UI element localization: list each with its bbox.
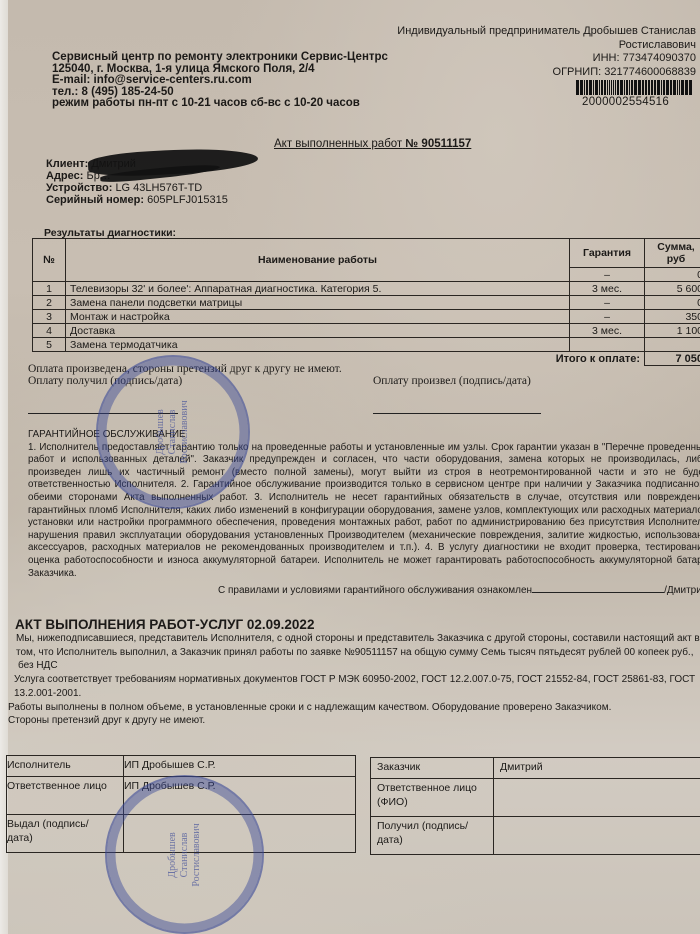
executor-label: Исполнитель <box>7 756 124 777</box>
cell-sum: 1 100 <box>645 324 700 338</box>
cell-work-name: Замена панели подсветки матрицы <box>66 296 570 310</box>
stamp-text: Дробышев Станислав Ростиславович <box>155 400 191 463</box>
table-row: 5Замена термодатчика <box>33 338 700 352</box>
executor-value: ИП Дробышев С.Р. <box>124 756 356 777</box>
customer-signature-table: ЗаказчикДмитрий Ответственное лицо (ФИО)… <box>370 757 700 855</box>
cell-work-name: Телевизоры 32' и более': Аппаратная диаг… <box>66 282 570 296</box>
company-name: Сервисный центр по ремонту электроники С… <box>52 52 388 64</box>
serial-value: 605PLFJ015315 <box>147 194 228 206</box>
entrepreneur-info: Индивидуальный предприниматель Дробышев … <box>397 25 696 79</box>
column-header-warranty: Гарантия <box>570 239 645 268</box>
cell-work-name: Замена термодатчика <box>66 338 570 352</box>
customer-responsible-label: Ответственное лицо (ФИО) <box>371 779 494 817</box>
ack-signature-line <box>532 582 664 593</box>
entrepreneur-ogrnip: ОГРНИП: 321774600068839 <box>397 66 696 80</box>
cell-sum: 350 <box>645 310 700 324</box>
seal-stamp-icon: Дробышев Станислав Ростиславович <box>96 355 250 509</box>
cell-sum: 0 <box>645 296 700 310</box>
client-label: Клиент: <box>46 158 88 170</box>
act2-line: том, что Исполнитель выполнил, а Заказчи… <box>8 646 700 660</box>
cell-work-name: Монтаж и настройка <box>66 310 570 324</box>
customer-value: Дмитрий <box>494 758 700 779</box>
device-value: LG 43LH576T-TD <box>115 182 202 194</box>
customer-responsible-value <box>494 779 700 817</box>
act2-title: АКТ ВЫПОЛНЕНИЯ РАБОТ-УСЛУГ 02.09.2022 <box>15 617 314 632</box>
cell-warranty: – <box>570 296 645 310</box>
guarantee-acknowledgement: С правилами и условиями гарантийного обс… <box>218 582 700 596</box>
cell-number: 3 <box>33 310 66 324</box>
address-label: Адрес: <box>46 170 83 182</box>
payment-made-signature-line <box>373 413 541 414</box>
act2-line: Мы, нижеподписавшиеся, представитель Исп… <box>8 632 700 646</box>
column-header-number: № <box>33 239 66 282</box>
device-label: Устройство: <box>46 182 112 194</box>
payment-made-label: Оплату произвел (подпись/дата) <box>373 375 531 387</box>
table-row: 2Замена панели подсветки матрицы–0 <box>33 296 700 310</box>
act-title: Акт выполненных работ № 90511157 <box>274 138 471 150</box>
total-value: 7 050 <box>645 352 700 366</box>
act-number: № 90511157 <box>405 138 471 150</box>
company-hours: режим работы пн-пт с 10-21 часов сб-вс с… <box>52 98 388 110</box>
barcode: 2000002554516 <box>576 80 700 108</box>
company-email: E-mail: info@service-centers.ru.com <box>52 75 388 87</box>
customer-label: Заказчик <box>371 758 494 779</box>
cell-warranty: 3 мес. <box>570 282 645 296</box>
cell-sum <box>645 338 700 352</box>
act2-line: Работы выполнены в полном объеме, в уста… <box>8 701 700 715</box>
executor-responsible-label: Ответственное лицо <box>7 777 124 815</box>
customer-received-signature <box>494 817 700 855</box>
serial-label: Серийный номер: <box>46 194 144 206</box>
cell-warranty: 3 мес. <box>570 324 645 338</box>
table-row: 3Монтаж и настройка–350 <box>33 310 700 324</box>
act2-body: Мы, нижеподписавшиеся, представитель Исп… <box>8 632 700 728</box>
barcode-bars <box>576 80 700 95</box>
cell-sum: 5 600 <box>645 282 700 296</box>
stamp-text: Дробышев Станислав Ростиславович <box>167 823 203 886</box>
document-paper: Сервисный центр по ремонту электроники С… <box>8 0 700 934</box>
company-info: Сервисный центр по ремонту электроники С… <box>52 52 388 110</box>
cell-number: 2 <box>33 296 66 310</box>
cell-warranty <box>570 338 645 352</box>
act2-line: Стороны претензий друг к другу не имеют. <box>8 714 700 728</box>
ack-text: С правилами и условиями гарантийного обс… <box>218 585 532 596</box>
table-row: 4Доставка3 мес.1 100 <box>33 324 700 338</box>
ack-name: /Дмитри <box>664 585 700 596</box>
barcode-number: 2000002554516 <box>576 96 700 108</box>
cell-number: 1 <box>33 282 66 296</box>
entrepreneur-name: Индивидуальный предприниматель Дробышев … <box>397 25 696 39</box>
cell-number: 5 <box>33 338 66 352</box>
column-header-work-name: Наименование работы <box>66 239 570 282</box>
cell-warranty: – <box>570 268 645 282</box>
cell-sum: 0 <box>645 268 700 282</box>
cell-work-name: Доставка <box>66 324 570 338</box>
table-row: 1Телевизоры 32' и более': Аппаратная диа… <box>33 282 700 296</box>
column-header-sum: Сумма, руб <box>645 239 700 268</box>
seal-stamp-icon: Дробышев Станислав Ростиславович <box>105 775 264 934</box>
work-table: № Наименование работы Гарантия Сумма, ру… <box>32 238 700 366</box>
act2-line: 13.2.001-2001. <box>8 687 700 701</box>
act2-line: без НДС <box>8 659 700 673</box>
act-title-prefix: Акт выполненных работ <box>274 138 402 150</box>
cell-number: 4 <box>33 324 66 338</box>
customer-received-label: Получил (подпись/ дата) <box>371 817 494 855</box>
cell-warranty: – <box>570 310 645 324</box>
entrepreneur-patronymic: Ростиславович <box>397 39 696 53</box>
act2-line: Услуга соответствует требованиям нормати… <box>8 673 700 687</box>
entrepreneur-inn: ИНН: 773474090370 <box>397 52 696 66</box>
